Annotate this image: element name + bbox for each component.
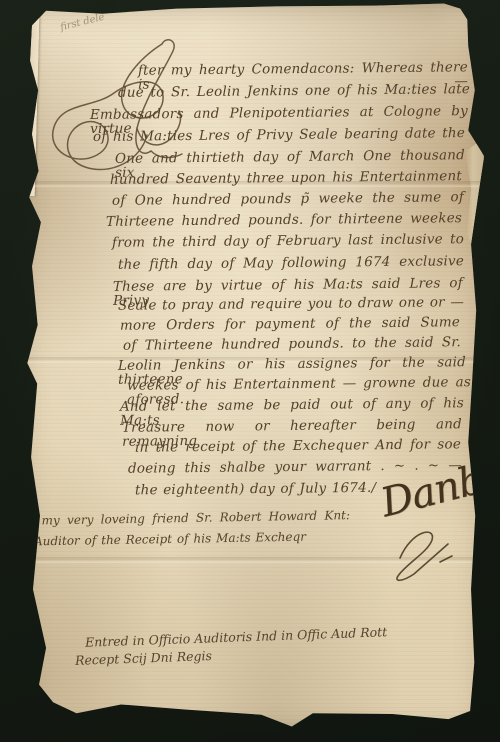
endorsement-line: Recept Scij Dni Regis (75, 646, 295, 667)
manuscript-line: due to Sr. Leolin Jenkins one of his Ma:… (118, 82, 470, 100)
manuscript-line: of Thirteene hundred pounds. to the said… (123, 335, 461, 353)
photo-background: first dele fter my hearty Comendacons: W… (0, 0, 500, 742)
folded-underleaf-edge (20, 16, 40, 196)
manuscript-line: of One hundred pounds p̃ weeke the sume … (112, 190, 464, 208)
manuscript-line: more Orders for payment of the said Sume (120, 315, 460, 333)
signature-paraph-flourish (390, 522, 460, 584)
address-line: To my very loveing friend Sr. Robert How… (20, 509, 350, 527)
manuscript-line: in the receipt of the Exchequer And for … (135, 437, 461, 455)
manuscript-line: hundred Seaventy three upon his Entertai… (110, 169, 462, 187)
manuscript-line: Seale to pray and require you to draw on… (118, 295, 464, 313)
manuscript-line: Thirteene hundred pounds. for thirteene … (106, 211, 462, 229)
endorsement-line: Entred in Officio Auditoris Ind in Offic… (85, 624, 415, 649)
manuscript-line: the fifth day of May following 1674 excl… (118, 254, 464, 272)
manuscript-paper: first dele fter my hearty Comendacons: W… (18, 2, 486, 736)
manuscript-line: from the third day of February last incl… (112, 232, 464, 250)
manuscript-line: of his Ma:ties Lres of Privy Seale beari… (93, 126, 465, 144)
pencil-note: first dele (59, 13, 105, 34)
address-line: Auditor of the Receipt of his Ma:ts Exch… (34, 531, 306, 548)
manuscript-date-line: the eighteenth) day of July 1674./ (135, 481, 395, 498)
torn-edge-flap (465, 142, 485, 257)
